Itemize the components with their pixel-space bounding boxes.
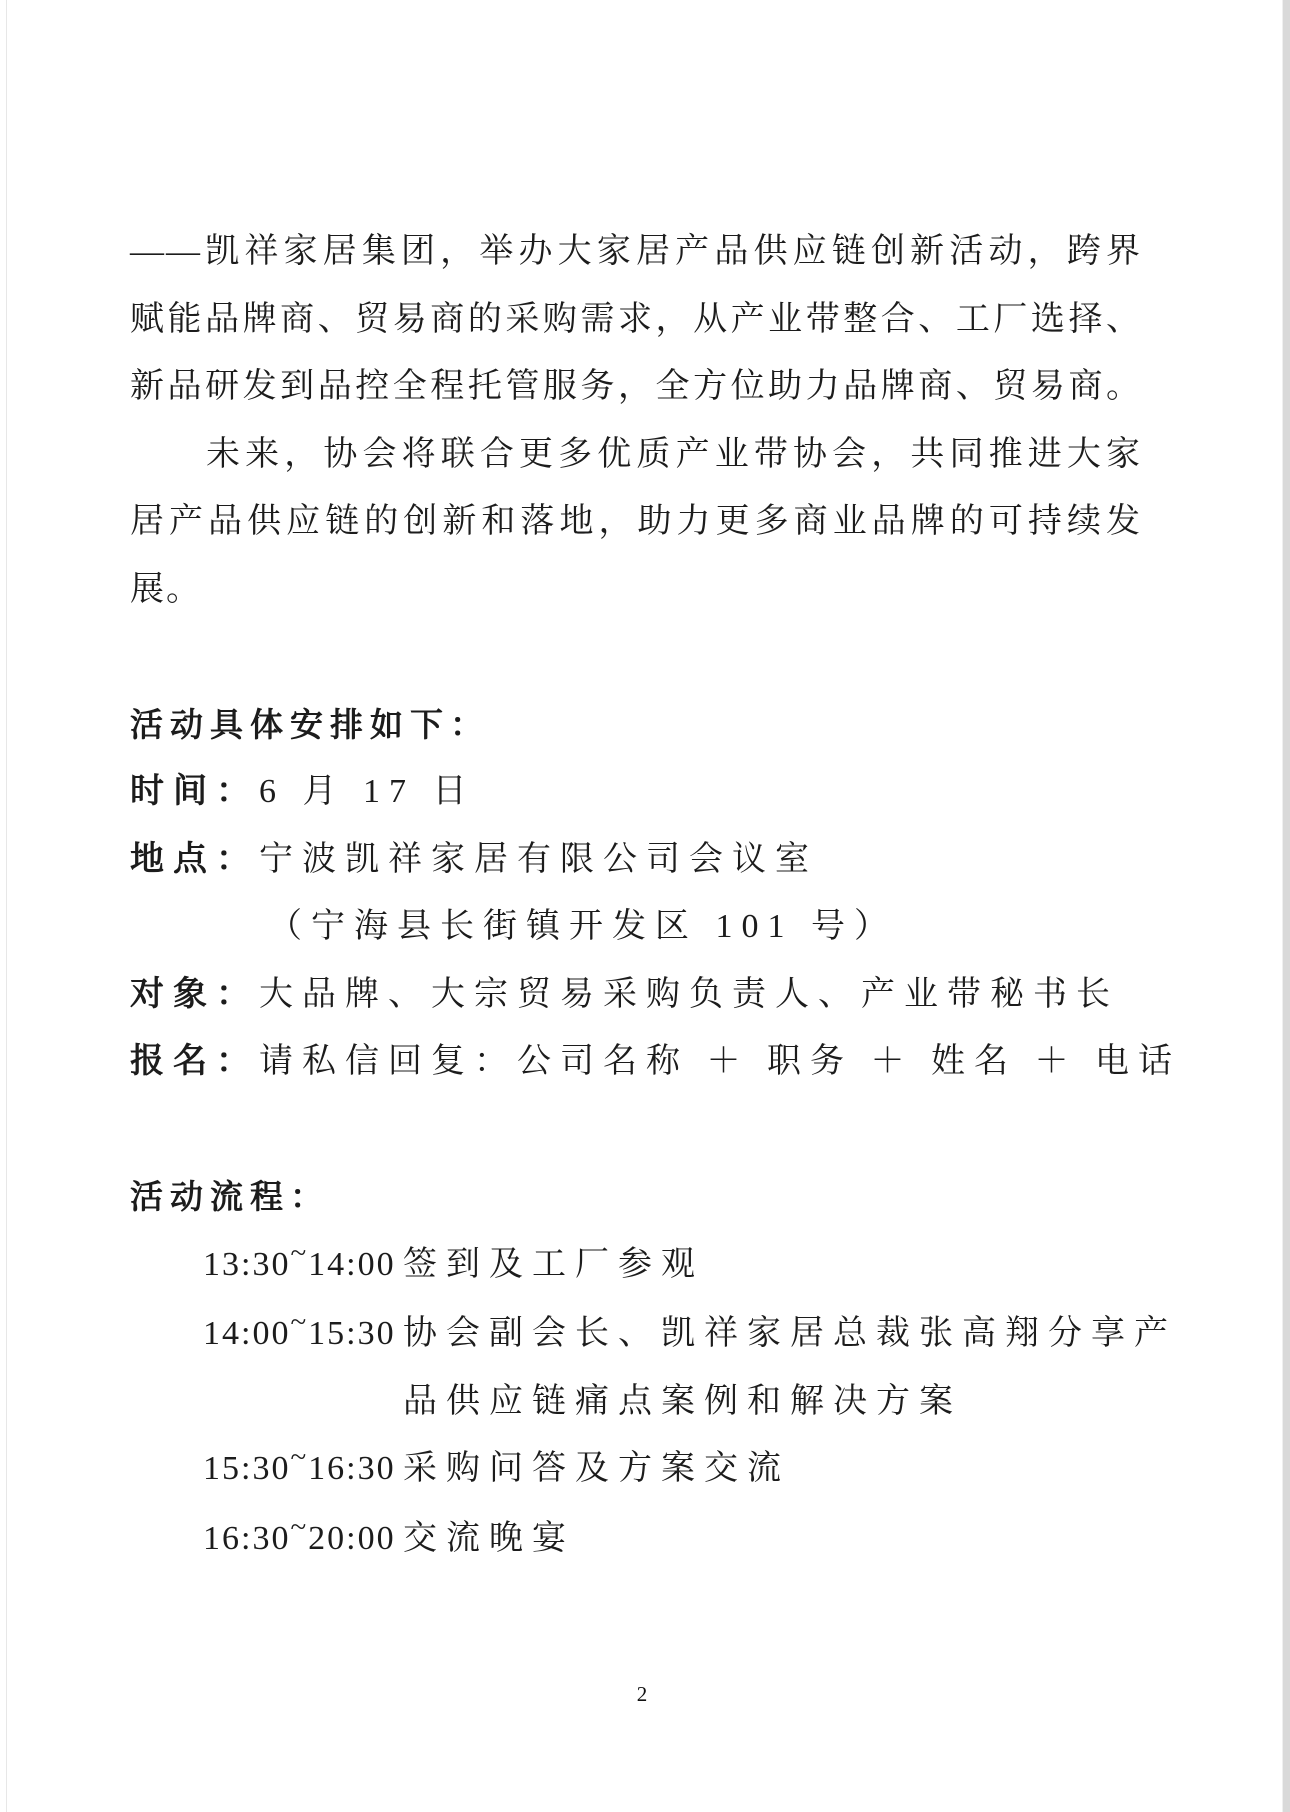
agenda-time-start: 15:30 <box>203 1450 290 1487</box>
agenda-time-separator: ~ <box>290 1289 308 1357</box>
page-number: 2 <box>0 1682 1284 1707</box>
agenda-time-end: 16:30 <box>308 1450 395 1487</box>
detail-venue-value: 宁波凯祥家居有限公司会议室 <box>259 841 818 878</box>
agenda-row: 14:00~15:30 协会副会长、凯祥家居总裁张高翔分享产 品供应链痛点案例和… <box>130 1300 1142 1435</box>
intro-line: ——凯祥家居集团，举办大家居产品供应链创新活动，跨界 <box>130 218 1142 286</box>
agenda-desc-line: 采购问答及方案交流 <box>403 1435 1142 1503</box>
agenda-time-end: 14:00 <box>308 1246 395 1283</box>
agenda-desc-line: 交流晚宴 <box>403 1505 1142 1573</box>
agenda-desc-line: 签到及工厂参观 <box>403 1231 1142 1299</box>
detail-time-value: 6 月 17 日 <box>259 773 476 810</box>
agenda-time-separator: ~ <box>290 1424 308 1492</box>
intro-line: 未来，协会将联合更多优质产业带协会，共同推进大家 <box>130 421 1142 489</box>
page-left-edge <box>6 0 7 1812</box>
agenda-time-start: 13:30 <box>203 1246 290 1283</box>
agenda-desc: 协会副会长、凯祥家居总裁张高翔分享产 品供应链痛点案例和解决方案 <box>403 1300 1177 1435</box>
agenda-desc-line: 品供应链痛点案例和解决方案 <box>403 1368 1177 1436</box>
intro-line: 展。 <box>130 556 1142 624</box>
detail-time: 时间：6 月 17 日 <box>130 758 1142 826</box>
agenda-row: 15:30~16:30 采购问答及方案交流 <box>130 1435 1142 1505</box>
detail-audience-value: 大品牌、大宗贸易采购负责人、产业带秘书长 <box>259 976 1119 1013</box>
agenda-time-start: 16:30 <box>203 1520 290 1557</box>
detail-audience: 对象：大品牌、大宗贸易采购负责人、产业带秘书长 <box>130 961 1142 1029</box>
detail-signup: 报名：请私信回复：公司名称 ＋ 职务 ＋ 姓名 ＋ 电话 <box>130 1028 1142 1096</box>
detail-time-label: 时间： <box>130 773 259 810</box>
detail-venue: 地点：宁波凯祥家居有限公司会议室 <box>130 826 1142 894</box>
agenda-time: 14:00~15:30 <box>203 1300 403 1435</box>
agenda-desc: 签到及工厂参观 <box>403 1231 1142 1301</box>
detail-audience-label: 对象： <box>130 976 259 1013</box>
agenda-time-end: 20:00 <box>308 1520 395 1557</box>
intro-line: 赋能品牌商、贸易商的采购需求，从产业带整合、工厂选择、 <box>130 286 1142 354</box>
agenda-time-separator: ~ <box>290 1494 308 1562</box>
agenda-time: 16:30~20:00 <box>203 1505 403 1575</box>
flow-heading: 活动流程： <box>130 1163 1142 1231</box>
agenda-time-separator: ~ <box>290 1220 308 1288</box>
document-page: ——凯祥家居集团，举办大家居产品供应链创新活动，跨界 赋能品牌商、贸易商的采购需… <box>0 0 1290 1812</box>
agenda-desc: 采购问答及方案交流 <box>403 1435 1142 1505</box>
arrangement-heading: 活动具体安排如下： <box>130 691 1142 759</box>
agenda-row: 13:30~14:00 签到及工厂参观 <box>130 1231 1142 1301</box>
agenda-time-start: 14:00 <box>203 1315 290 1352</box>
blank-line <box>130 1096 1142 1164</box>
detail-signup-value: 请私信回复：公司名称 ＋ 职务 ＋ 姓名 ＋ 电话 <box>259 1043 1181 1080</box>
detail-venue-note: （宁海县长街镇开发区 101 号） <box>130 893 1142 961</box>
agenda-time-end: 15:30 <box>308 1315 395 1352</box>
blank-line <box>130 623 1142 691</box>
document-content: ——凯祥家居集团，举办大家居产品供应链创新活动，跨界 赋能品牌商、贸易商的采购需… <box>130 218 1142 1574</box>
agenda-desc-line: 协会副会长、凯祥家居总裁张高翔分享产 <box>403 1300 1177 1368</box>
agenda-desc: 交流晚宴 <box>403 1505 1142 1575</box>
agenda-row: 16:30~20:00 交流晚宴 <box>130 1505 1142 1575</box>
detail-signup-label: 报名： <box>130 1043 259 1080</box>
intro-line: 新品研发到品控全程托管服务，全方位助力品牌商、贸易商。 <box>130 353 1142 421</box>
intro-line: 居产品供应链的创新和落地，助力更多商业品牌的可持续发 <box>130 488 1142 556</box>
page-right-edge <box>1282 0 1290 1812</box>
detail-venue-label: 地点： <box>130 841 259 878</box>
